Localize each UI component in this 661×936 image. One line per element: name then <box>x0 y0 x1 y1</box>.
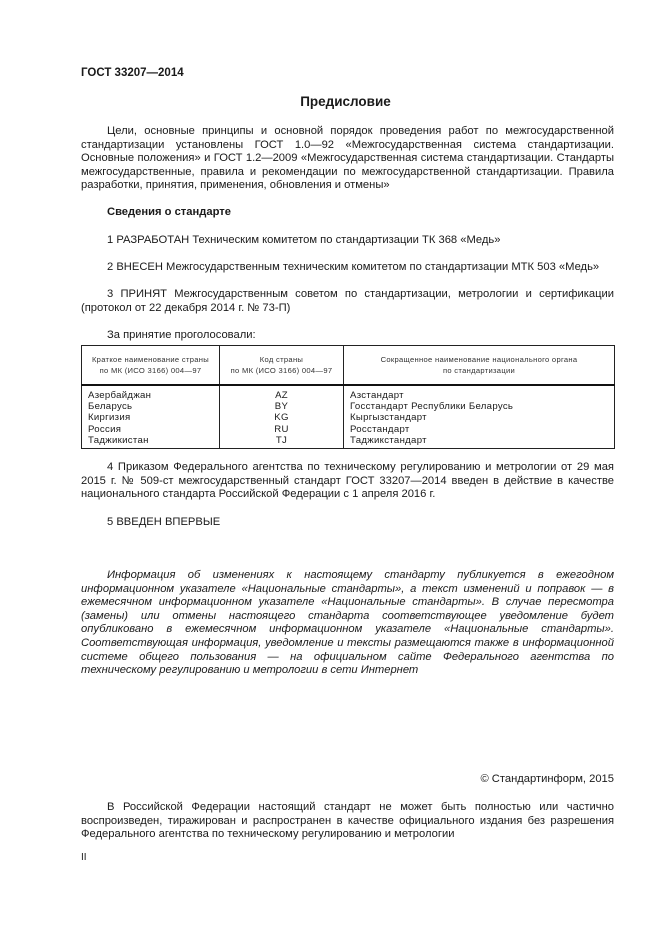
intro-paragraph: Цели, основные принципы и основной поряд… <box>81 125 614 193</box>
country-code: BY <box>220 401 344 412</box>
changes-notice: Информация об изменениях к настоящему ст… <box>81 569 614 678</box>
national-body: Таджикстандарт <box>344 435 615 449</box>
page-number: II <box>81 851 87 865</box>
table-row: Россия RU Росстандарт <box>82 424 615 435</box>
rights-text: В Российской Федерации настоящий стандар… <box>81 801 614 842</box>
item-3: 3 ПРИНЯТ Межгосударственным советом по с… <box>81 288 614 315</box>
country-name: Азербайджан <box>82 385 220 401</box>
header-country-name-line1: Краткое наименование страны <box>92 355 209 364</box>
document-id: ГОСТ 33207—2014 <box>81 67 184 81</box>
country-name: Киргизия <box>82 412 220 423</box>
country-code: AZ <box>220 385 344 401</box>
country-code: TJ <box>220 435 344 449</box>
header-national-body-line2: по стандартизации <box>443 366 515 375</box>
voted-label: За принятие проголосовали: <box>107 329 256 343</box>
header-national-body-line1: Сокращенное наименование национального о… <box>381 355 578 364</box>
page-title: Предисловие <box>0 95 661 109</box>
copyright: © Стандартинформ, 2015 <box>480 773 614 787</box>
item-2-text: 2 ВНЕСЕН Межгосударственным техническим … <box>81 261 614 275</box>
country-name: Беларусь <box>82 401 220 412</box>
item-3-text: 3 ПРИНЯТ Межгосударственным советом по с… <box>81 288 614 315</box>
header-country-code: Код страны по МК (ИСО 3166) 004—97 <box>220 346 344 386</box>
table-row: Беларусь BY Госстандарт Республики Белар… <box>82 401 615 412</box>
intro-text: Цели, основные принципы и основной поряд… <box>81 125 614 193</box>
header-national-body: Сокращенное наименование национального о… <box>344 346 615 386</box>
changes-notice-text: Информация об изменениях к настоящему ст… <box>81 569 614 678</box>
national-body: Азстандарт <box>344 385 615 401</box>
header-country-code-line1: Код страны <box>260 355 303 364</box>
table-row: Киргизия KG Кыргызстандарт <box>82 412 615 423</box>
section-heading: Сведения о стандарте <box>107 206 231 220</box>
header-country-name: Краткое наименование страны по МК (ИСО 3… <box>82 346 220 386</box>
item-4-text: 4 Приказом Федерального агентства по тех… <box>81 461 614 502</box>
national-body: Росстандарт <box>344 424 615 435</box>
item-5: 5 ВВЕДЕН ВПЕРВЫЕ <box>107 516 220 530</box>
header-country-code-line2: по МК (ИСО 3166) 004—97 <box>231 366 333 375</box>
item-1: 1 РАЗРАБОТАН Техническим комитетом по ст… <box>81 234 614 248</box>
header-country-name-line2: по МК (ИСО 3166) 004—97 <box>100 366 202 375</box>
country-name: Таджикистан <box>82 435 220 449</box>
country-name: Россия <box>82 424 220 435</box>
item-1-text: 1 РАЗРАБОТАН Техническим комитетом по ст… <box>81 234 614 248</box>
table-header-row: Краткое наименование страны по МК (ИСО 3… <box>82 346 615 386</box>
national-body: Госстандарт Республики Беларусь <box>344 401 615 412</box>
country-code: RU <box>220 424 344 435</box>
country-code: KG <box>220 412 344 423</box>
rights-paragraph: В Российской Федерации настоящий стандар… <box>81 801 614 842</box>
voting-table: Краткое наименование страны по МК (ИСО 3… <box>81 345 615 449</box>
item-4: 4 Приказом Федерального агентства по тех… <box>81 461 614 502</box>
item-2: 2 ВНЕСЕН Межгосударственным техническим … <box>81 261 614 275</box>
national-body: Кыргызстандарт <box>344 412 615 423</box>
table-row: Азербайджан AZ Азстандарт <box>82 385 615 401</box>
table-row: Таджикистан TJ Таджикстандарт <box>82 435 615 449</box>
